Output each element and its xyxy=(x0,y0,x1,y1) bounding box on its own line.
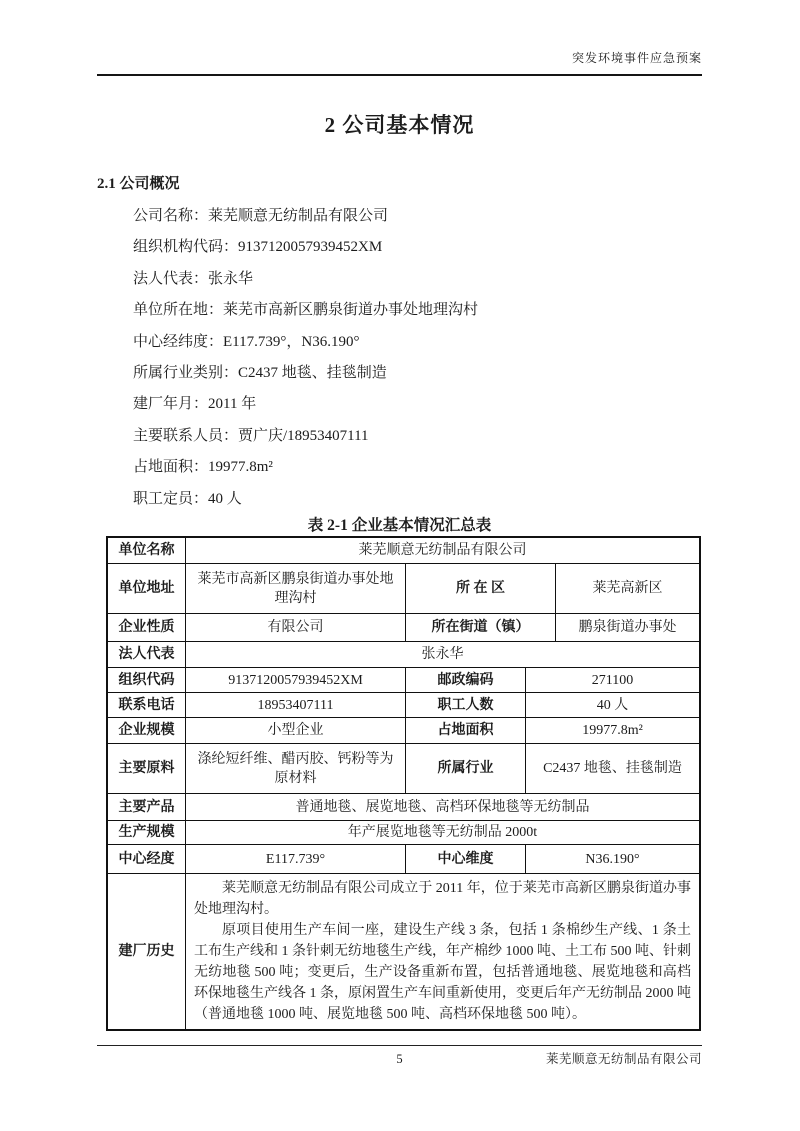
history-paragraph: 莱芜顺意无纺制品有限公司成立于 2011 年，位于莱芜市高新区鹏泉街道办事处地理… xyxy=(194,878,691,920)
table-label-cell: 生产规模 xyxy=(108,821,186,844)
company-overview-list: 公司名称：莱芜顺意无纺制品有限公司 组织机构代码：913712005793945… xyxy=(97,201,702,515)
table-label-cell: 中心维度 xyxy=(406,845,526,873)
table-row: 法人代表 张永华 xyxy=(108,642,699,668)
table-history-cell: 莱芜顺意无纺制品有限公司成立于 2011 年，位于莱芜市高新区鹏泉街道办事处地理… xyxy=(186,874,699,1029)
table-row: 联系电话 18953407111 职工人数 40 人 xyxy=(108,693,699,718)
page-footer: 5 莱芜顺意无纺制品有限公司 xyxy=(97,1050,702,1068)
table-row: 主要产品 普通地毯、展览地毯、高档环保地毯等无纺制品 xyxy=(108,794,699,821)
table-label-cell: 联系电话 xyxy=(108,693,186,717)
footer-company-name: 莱芜顺意无纺制品有限公司 xyxy=(546,1050,702,1068)
table-value-cell: 有限公司 xyxy=(186,614,406,641)
document-page: 突发环境事件应急预案 2 公司基本情况 2.1 公司概况 公司名称：莱芜顺意无纺… xyxy=(0,0,800,1131)
list-item-legal-rep: 法人代表：张永华 xyxy=(133,264,702,295)
list-item-org-code: 组织机构代码：9137120057939452XM xyxy=(133,232,702,263)
table-value-cell: 9137120057939452XM xyxy=(186,668,406,692)
table-label-cell: 占地面积 xyxy=(406,718,526,743)
table-value-cell: 莱芜市高新区鹏泉街道办事处地理沟村 xyxy=(186,564,406,613)
list-item-coordinates: 中心经纬度：E117.739°，N36.190° xyxy=(133,327,702,358)
table-value-cell: C2437 地毯、挂毯制造 xyxy=(526,744,699,793)
history-paragraph: 原项目使用生产车间一座，建设生产线 3 条，包括 1 条棉纱生产线、1 条土工布… xyxy=(194,920,691,1025)
table-label-cell: 企业规模 xyxy=(108,718,186,743)
table-label-cell: 组织代码 xyxy=(108,668,186,692)
table-value-cell: 涤纶短纤维、醋丙胶、钙粉等为原材料 xyxy=(186,744,406,793)
list-item-industry: 所属行业类别：C2437 地毯、挂毯制造 xyxy=(133,358,702,389)
table-label-cell: 单位名称 xyxy=(108,538,186,563)
table-label-cell: 建厂历史 xyxy=(108,874,186,1029)
table-row: 单位名称 莱芜顺意无纺制品有限公司 xyxy=(108,538,699,564)
list-item-area: 占地面积：19977.8m² xyxy=(133,452,702,483)
table-value-cell: 年产展览地毯等无纺制品 2000t xyxy=(186,821,699,844)
table-label-cell: 中心经度 xyxy=(108,845,186,873)
table-value-cell: 莱芜顺意无纺制品有限公司 xyxy=(186,538,699,563)
table-row: 建厂历史 莱芜顺意无纺制品有限公司成立于 2011 年，位于莱芜市高新区鹏泉街道… xyxy=(108,874,699,1029)
list-item-contact: 主要联系人员：贾广庆/18953407111 xyxy=(133,421,702,452)
chapter-title: 2 公司基本情况 xyxy=(97,110,702,140)
table-value-cell: 小型企业 xyxy=(186,718,406,743)
list-item-founded: 建厂年月：2011 年 xyxy=(133,389,702,420)
table-label-cell: 主要产品 xyxy=(108,794,186,820)
table-row: 主要原料 涤纶短纤维、醋丙胶、钙粉等为原材料 所属行业 C2437 地毯、挂毯制… xyxy=(108,744,699,794)
list-item-location: 单位所在地：莱芜市高新区鹏泉街道办事处地理沟村 xyxy=(133,295,702,326)
list-item-staff: 职工定员：40 人 xyxy=(133,484,702,515)
table-value-cell: N36.190° xyxy=(526,845,699,873)
company-summary-table: 单位名称 莱芜顺意无纺制品有限公司 单位地址 莱芜市高新区鹏泉街道办事处地理沟村… xyxy=(106,536,701,1031)
table-row: 单位地址 莱芜市高新区鹏泉街道办事处地理沟村 所 在 区 莱芜高新区 xyxy=(108,564,699,614)
table-row: 中心经度 E117.739° 中心维度 N36.190° xyxy=(108,845,699,874)
table-value-cell: 张永华 xyxy=(186,642,699,667)
table-label-cell: 所在街道（镇） xyxy=(406,614,556,641)
section-heading: 2.1 公司概况 xyxy=(97,174,702,195)
table-label-cell: 主要原料 xyxy=(108,744,186,793)
table-value-cell: 普通地毯、展览地毯、高档环保地毯等无纺制品 xyxy=(186,794,699,820)
header-divider xyxy=(97,74,702,76)
table-label-cell: 法人代表 xyxy=(108,642,186,667)
footer-divider xyxy=(97,1045,702,1046)
table-value-cell: 271100 xyxy=(526,668,699,692)
table-value-cell: 鹏泉街道办事处 xyxy=(556,614,699,641)
table-value-cell: 18953407111 xyxy=(186,693,406,717)
table-value-cell: 40 人 xyxy=(526,693,699,717)
page-header-text: 突发环境事件应急预案 xyxy=(97,50,702,66)
list-item-company-name: 公司名称：莱芜顺意无纺制品有限公司 xyxy=(133,201,702,232)
table-label-cell: 所属行业 xyxy=(406,744,526,793)
table-value-cell: 莱芜高新区 xyxy=(556,564,699,613)
table-row: 企业规模 小型企业 占地面积 19977.8m² xyxy=(108,718,699,744)
table-row: 企业性质 有限公司 所在街道（镇） 鹏泉街道办事处 xyxy=(108,614,699,642)
table-value-cell: E117.739° xyxy=(186,845,406,873)
table-row: 生产规模 年产展览地毯等无纺制品 2000t xyxy=(108,821,699,845)
table-label-cell: 所 在 区 xyxy=(406,564,556,613)
table-caption: 表 2-1 企业基本情况汇总表 xyxy=(97,515,702,536)
table-row: 组织代码 9137120057939452XM 邮政编码 271100 xyxy=(108,668,699,693)
table-value-cell: 19977.8m² xyxy=(526,718,699,743)
table-label-cell: 企业性质 xyxy=(108,614,186,641)
table-label-cell: 邮政编码 xyxy=(406,668,526,692)
table-label-cell: 单位地址 xyxy=(108,564,186,613)
table-label-cell: 职工人数 xyxy=(406,693,526,717)
